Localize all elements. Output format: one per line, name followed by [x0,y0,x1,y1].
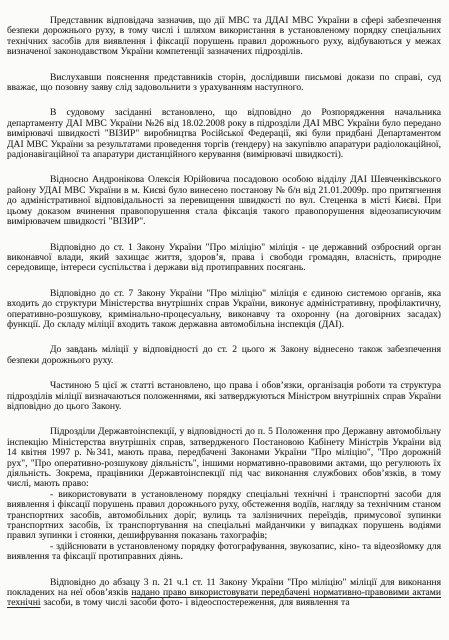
paragraph-with-underline: Відповідно до абзацу 3 п. 21 ч.1 ст. 11 … [7,578,441,609]
scanned-court-document: Представник відповідача зазначив, що дії… [0,0,449,640]
paragraph: Частиною 5 цієї ж статті встановлено, що… [7,381,441,412]
paragraph: До завдань міліції у відповідності до ст… [7,345,441,366]
paragraph: Вислухавши пояснення представників сторі… [7,73,441,94]
paragraph: Представник відповідача зазначив, що дії… [7,16,441,58]
list-item-paragraph: - використовувати в установленому порядк… [7,490,441,542]
paragraph: Відносно Андронікова Олексія Юрійовича п… [7,175,441,227]
paragraph: Відповідно до ст. 1 Закону України "Про … [7,243,441,274]
paragraph: Відповідно до ст. 7 Закону України "Про … [7,289,441,331]
final-paragraph-after: засоби, в тому числі засоби фото- і віде… [41,597,350,608]
paragraph: В судовому засіданні встановлено, що від… [7,108,441,160]
list-item-paragraph: - здійснювати в установленому порядку фо… [7,542,441,563]
paragraph: Підрозділи Державтоінспекції, у відповід… [7,427,441,489]
